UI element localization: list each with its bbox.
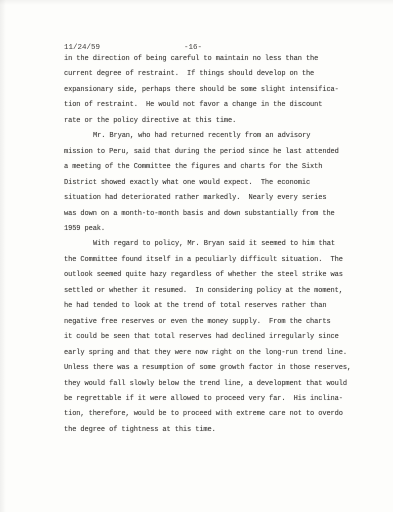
- scanned-document-page: 11/24/59 -16- in the direction of being …: [0, 0, 393, 512]
- document-body: in the direction of being careful to mai…: [64, 52, 374, 438]
- paragraph-bryan-policy-view: With regard to policy, Mr. Bryan said it…: [64, 237, 374, 438]
- paragraph-continuation: in the direction of being careful to mai…: [64, 52, 374, 129]
- paragraph-bryan-district-report: Mr. Bryan, who had returned recently fro…: [64, 129, 374, 237]
